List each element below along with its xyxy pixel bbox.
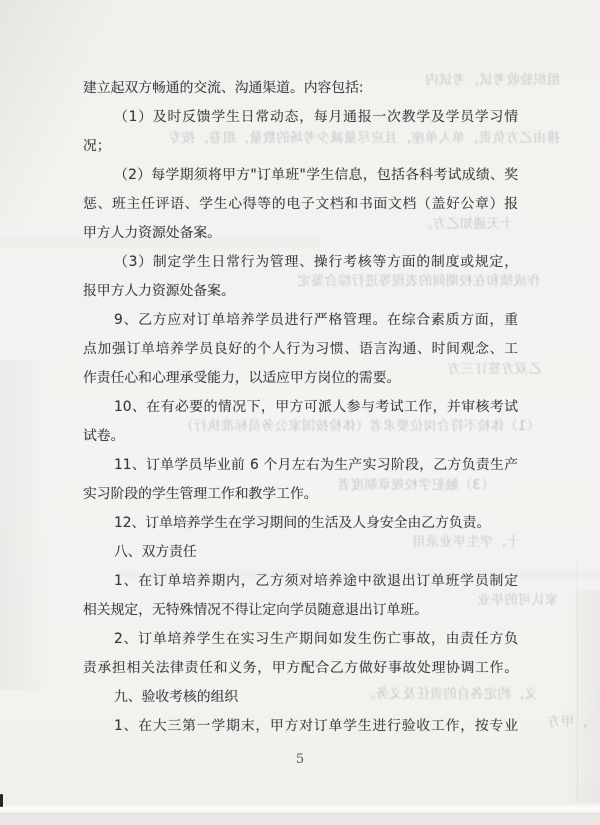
scanned-page: 组织验收考试，考试内排由乙方负责，单人单座，且应尽量减少考场的数量，组卷，按专十… <box>0 0 600 825</box>
text-line: （3）制定学生日常行为管理、操行考核等方面的制度或规定， <box>83 248 518 277</box>
text-line: 甲方人力资源处备案。 <box>83 219 518 248</box>
scanner-strip <box>0 813 600 825</box>
text-line: 12、订单培养学生在学习期间的生活及人身安全由乙方负责。 <box>83 509 518 538</box>
text-line: 作责任心和心理承受能力，以适应甲方岗位的需要。 <box>83 364 518 393</box>
bleed-through-text: ，甲方 <box>547 714 588 731</box>
text-line: 1、在订单培养期内，乙方须对培养途中欲退出订单班学员制定 <box>83 567 518 596</box>
text-line: 11、订单学员毕业前 6 个月左右为生产实习阶段，乙方负责生产 <box>83 451 518 480</box>
text-line: 惩、班主任评语、学生心得等的电子文档和书面文档（盖好公章）报 <box>83 190 518 219</box>
edge-artifact-mark <box>0 794 3 807</box>
page-number: 5 <box>0 745 600 774</box>
text-line: （1）及时反馈学生日常动态，每月通报一次教学及学员学习情 <box>83 103 518 132</box>
text-line: 八、双方责任 <box>83 538 518 567</box>
document-body: 建立起双方畅通的交流、沟通渠道。内容包括:（1）及时反馈学生日常动态，每月通报一… <box>83 74 518 741</box>
text-line: 相关规定，无特殊情况不得让定向学员随意退出订单班。 <box>83 596 518 625</box>
text-line: （2）每学期须将甲方"订单班"学生信息，包括各科考试成绩、奖 <box>83 161 518 190</box>
text-line: 1、在大三第一学期末，甲方对订单学生进行验收工作，按专业 <box>83 712 518 741</box>
text-line: 10、在有必要的情况下，甲方可派人参与考试工作，并审核考试 <box>83 393 518 422</box>
text-line: 点加强订单培养学员良好的个人行为习惯、语言沟通、时间观念、工 <box>83 335 518 364</box>
text-line: 责承担相关法律责任和义务，甲方配合乙方做好事故处理协调工作。 <box>83 654 518 683</box>
text-line: 试卷。 <box>83 422 518 451</box>
text-line: 报甲方人力资源处备案。 <box>83 277 518 306</box>
text-line: 9、乙方应对订单培养学员进行严格管理。在综合素质方面，重 <box>83 306 518 335</box>
paper-bottom-edge <box>0 803 600 813</box>
text-line: 2、订单培养学生在实习生产期间如发生伤亡事故，由责任方负 <box>83 625 518 654</box>
text-line: 九、验收考核的组织 <box>83 683 518 712</box>
text-line: 况； <box>83 132 518 161</box>
text-line: 建立起双方畅通的交流、沟通渠道。内容包括: <box>83 74 518 103</box>
text-line: 实习阶段的学生管理工作和教学工作。 <box>83 480 518 509</box>
